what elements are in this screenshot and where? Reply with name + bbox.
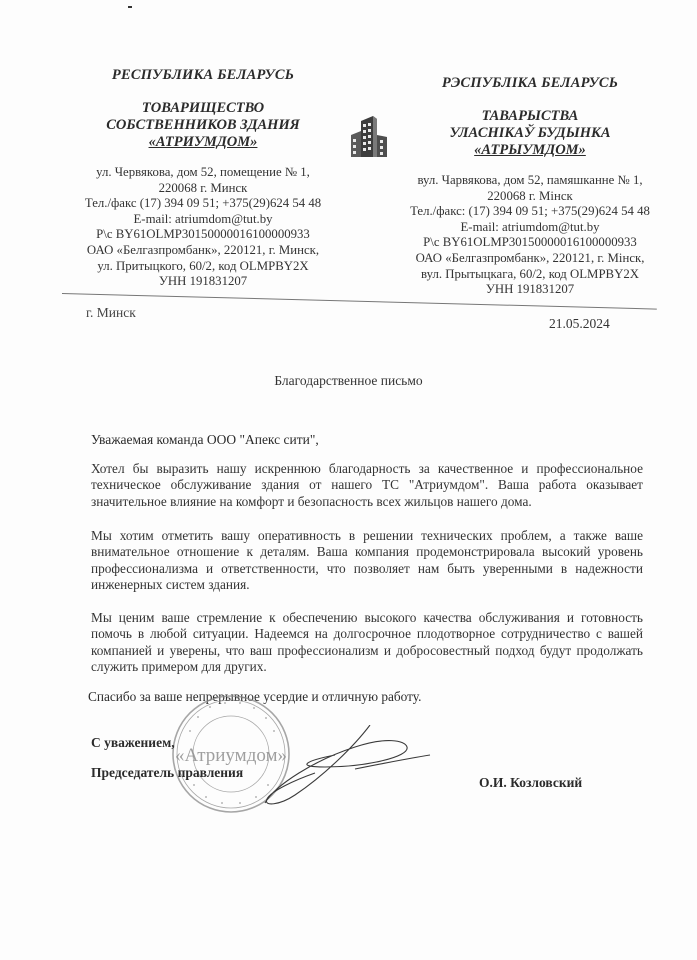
- org-line-2: СОБСТВЕННИКОВ ЗДАНИЯ: [68, 117, 338, 134]
- city: г. Минск: [86, 305, 136, 321]
- letterhead-right: РЭСПУБЛІКА БЕЛАРУСЬ ТАВАРЫСТВА УЛАСНІКАЎ…: [395, 75, 665, 298]
- org-name-block: ТОВАРИЩЕСТВО СОБСТВЕННИКОВ ЗДАНИЯ «АТРИУ…: [68, 100, 338, 151]
- regards: С уважением,: [91, 735, 175, 751]
- signer-name: О.И. Козловский: [479, 775, 582, 791]
- country-name: РЕСПУБЛИКА БЕЛАРУСЬ: [68, 67, 338, 84]
- tax-id-line: УНН 191831207: [395, 282, 665, 298]
- org-name: «АТРЫУМДОМ»: [395, 142, 665, 159]
- address-line: 220068 г. Мінск: [395, 189, 665, 205]
- letterhead-left: РЕСПУБЛИКА БЕЛАРУСЬ ТОВАРИЩЕСТВО СОБСТВЕ…: [68, 67, 338, 290]
- signature-icon: [255, 725, 435, 810]
- greeting: Уважаемая команда ООО "Апекс сити",: [91, 432, 319, 448]
- scan-speck: [128, 6, 132, 8]
- paragraph: Мы хотим отметить вашу оперативность в р…: [91, 528, 643, 593]
- address-line: 220068 г. Минск: [68, 181, 338, 197]
- org-address: ул. Червякова, дом 52, помещение № 1, 22…: [68, 165, 338, 290]
- letter-title: Благодарственное письмо: [0, 373, 697, 389]
- country-name-by: РЭСПУБЛІКА БЕЛАРУСЬ: [395, 75, 665, 92]
- bank-address-line: ул. Притыцкого, 60/2, код OLMPBY2X: [68, 259, 338, 275]
- bank-account-line: Р\с BY61OLMP30150000016100000933: [395, 235, 665, 251]
- tax-id-line: УНН 191831207: [68, 274, 338, 290]
- paragraph: Мы ценим ваше стремление к обеспечению в…: [91, 610, 643, 675]
- org-line-2: УЛАСНІКАЎ БУДЫНКА: [395, 125, 665, 142]
- bank-name-line: ОАО «Белгазпромбанк», 220121, г. Мінск,: [395, 251, 665, 267]
- signer-position: Председатель правления: [91, 765, 243, 781]
- address-line: ул. Червякова, дом 52, помещение № 1,: [68, 165, 338, 181]
- email-line: E-mail: atriumdom@tut.by: [395, 220, 665, 236]
- phone-line: Тел./факс: (17) 394 09 51; +375(29)624 5…: [395, 204, 665, 220]
- bank-name-line: ОАО «Белгазпромбанк», 220121, г. Минск,: [68, 243, 338, 259]
- letter-date: 21.05.2024: [549, 316, 610, 332]
- building-icon: [343, 113, 393, 159]
- org-name-block-by: ТАВАРЫСТВА УЛАСНІКАЎ БУДЫНКА «АТРЫУМДОМ»: [395, 108, 665, 159]
- bank-account-line: Р\с BY61OLMP30150000016100000933: [68, 227, 338, 243]
- org-name: «АТРИУМДОМ»: [68, 134, 338, 151]
- paragraph: Хотел бы выразить нашу искреннюю благода…: [91, 461, 643, 510]
- org-address-by: вул. Чарвякова, дом 52, памяшканне № 1, …: [395, 173, 665, 298]
- phone-line: Тел./факс (17) 394 09 51; +375(29)624 54…: [68, 196, 338, 212]
- bank-address-line: вул. Прытыцкага, 60/2, код OLMPBY2X: [395, 267, 665, 283]
- email-line: E-mail: atriumdom@tut.by: [68, 212, 338, 228]
- org-line-1: ТАВАРЫСТВА: [395, 108, 665, 125]
- address-line: вул. Чарвякова, дом 52, памяшканне № 1,: [395, 173, 665, 189]
- org-line-1: ТОВАРИЩЕСТВО: [68, 100, 338, 117]
